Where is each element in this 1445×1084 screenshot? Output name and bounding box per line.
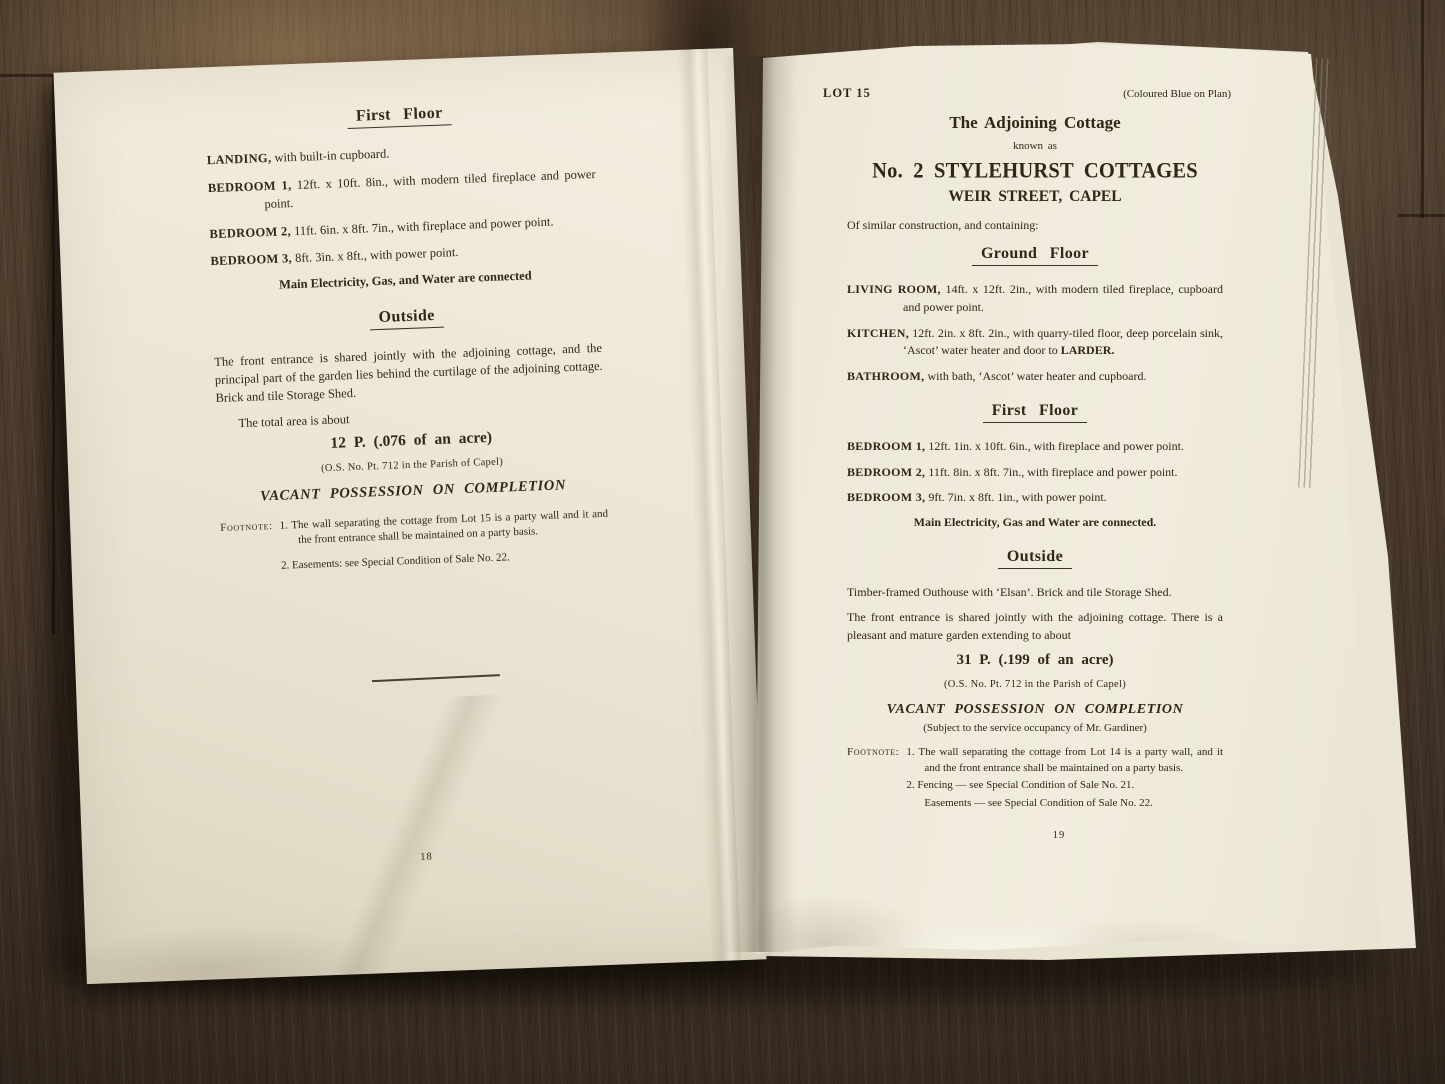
footnote-block: Footnote: 1. The wall separating the cot… [220,507,610,577]
room-item-bedroom-2: BEDROOM 2, 11ft. 6in. x 8ft. 7in., with … [209,210,597,243]
possession-note: VACANT POSSESSION ON COMPLETION [219,476,607,507]
property-address: WEIR STREET, CAPEL [847,188,1223,206]
room-item-bedroom-2: BEDROOM 2, 11ft. 8in. x 8ft. 7in., with … [847,464,1223,482]
property-title: No. 2 STYLEHURST COTTAGES [847,159,1223,184]
footnote-label: Footnote: [220,519,274,577]
page-number-18: 18 [232,845,620,870]
area-value: 31 P. (.199 of an acre) [847,652,1223,669]
room-item-landing: LANDING, with built-in cupboard. [206,137,594,170]
first-floor-heading: First Floor [847,402,1223,423]
left-page: First Floor LANDING, with built-in cupbo… [54,48,767,984]
footnote-item: 1. The wall separating the cottage from … [906,745,1223,776]
footnote-label: Footnote: [847,745,899,811]
outside-heading: Outside [847,548,1223,569]
first-floor-heading: First Floor [205,99,594,134]
os-reference: (O.S. No. Pt. 712 in the Parish of Capel… [218,453,606,478]
intro-line: Of similar construction, and containing: [847,218,1223,233]
room-item-bedroom-1: BEDROOM 1, 12ft. 1in. x 10ft. 6in., with… [847,438,1223,456]
occupancy-note: (Subject to the service occupancy of Mr.… [847,722,1223,734]
page-header-row: LOT 15 (Coloured Blue on Plan) [823,86,1231,101]
right-page: LOT 15 (Coloured Blue on Plan) The Adjoi… [745,42,1405,962]
footnote-block: Footnote: 1. The wall separating the cot… [847,745,1223,811]
outside-line-1: Timber-framed Outhouse with ‘Elsan’. Bri… [847,584,1223,601]
lot-end-rule [372,674,500,682]
left-page-content: First Floor LANDING, with built-in cupbo… [205,99,610,577]
outside-paragraph: The front entrance is shared jointly wit… [214,338,604,407]
lot-number-label: LOT 15 [823,86,871,101]
room-item-bedroom-3: BEDROOM 3, 8ft. 3in. x 8ft., with power … [210,238,598,271]
spine-gutter-shadow [723,56,797,952]
footnote-item: Easements — see Special Condition of Sal… [906,796,1223,812]
services-note: Main Electricity, Gas, and Water are con… [211,265,599,294]
footnote-item: 2. Easements: see Special Condition of S… [281,547,610,575]
ground-floor-heading: Ground Floor [847,245,1223,266]
known-as-label: known as [847,140,1223,152]
right-page-content: LOT 15 (Coloured Blue on Plan) The Adjoi… [847,86,1223,812]
lot-subtitle: The Adjoining Cottage [847,113,1223,133]
outside-heading: Outside [212,300,601,335]
wood-plank-seam [1421,0,1424,218]
footnote-item: 1. The wall separating the cottage from … [279,507,609,550]
room-item-kitchen: KITCHEN, 12ft. 2in. x 8ft. 2in., with qu… [847,325,1223,361]
os-reference: (O.S. No. Pt. 712 in the Parish of Capel… [847,679,1223,690]
room-item-bedroom-3: BEDROOM 3, 9ft. 7in. x 8ft. 1in., with p… [847,489,1223,507]
room-item-bedroom-1: BEDROOM 1, 12ft. x 10ft. 8in., with mode… [208,164,597,215]
outside-line-2: The front entrance is shared jointly wit… [847,609,1223,644]
wood-plank-seam [1398,214,1445,217]
services-note: Main Electricity, Gas and Water are conn… [847,515,1223,530]
room-item-living-room: LIVING ROOM, 14ft. x 12ft. 2in., with mo… [847,281,1223,317]
page-number-19: 19 [871,830,1247,841]
room-item-bathroom: BATHROOM, with bath, ‘Ascot’ water heate… [847,368,1223,386]
possession-note: VACANT POSSESSION ON COMPLETION [847,702,1223,718]
plan-colour-note: (Coloured Blue on Plan) [1123,88,1231,100]
footnote-item: 2. Fencing — see Special Condition of Sa… [906,778,1223,794]
